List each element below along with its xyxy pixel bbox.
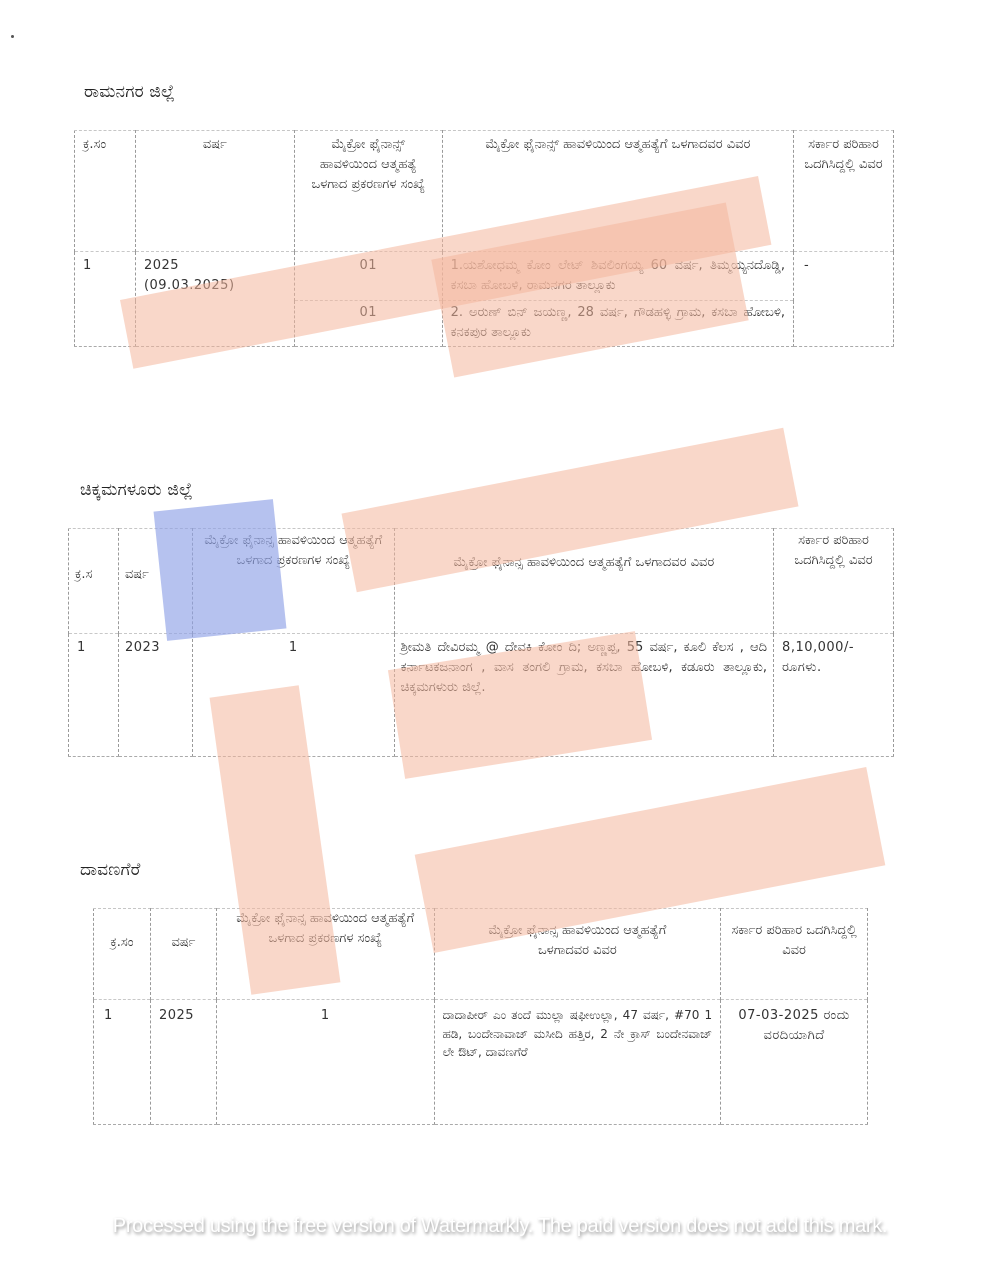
cell-sl <box>75 301 136 346</box>
col-header-count: ಮೈಕ್ರೋ ಫೈನಾನ್ಸ್ ಹಾವಳಿಯಿಂದ ಆತ್ಮಹತ್ಯೆ ಒಳಗಾ… <box>294 131 442 252</box>
table-row: 1 2025 1 ದಾದಾಪೀರ್ ಎಂ ತಂದೆ ಮುಲ್ಲಾ ಷಫೀಉಲ್ಲ… <box>94 1000 868 1125</box>
col-header-count: ಮೈಕ್ರೋ ಫೈನಾನ್ಸ ಹಾವಳಿಯಿಂದ ಆತ್ಮಹತ್ಯೆಗೆ ಒಳಗ… <box>192 529 394 634</box>
col-header-sl: ಕ್ರ.ಸ <box>69 529 119 634</box>
col-header-compensation: ಸರ್ಕಾರ ಪರಿಹಾರ ಒದಗಿಸಿದ್ದಲ್ಲಿ ವಿವರ <box>794 131 894 252</box>
table-row: 1 2023 1 ಶ್ರೀಮತಿ ದೇವಿರಮ್ಮ @ ದೇವಕಿ ಕೋಂ ದಿ… <box>69 634 894 757</box>
section-heading-ramanagara: ರಾಮನಗರ ಜಿಲ್ಲೆ <box>84 82 175 102</box>
cell-year-value: 2025 <box>144 256 286 276</box>
cell-year: 2023 <box>118 634 192 757</box>
table-header-row: ಕ್ರ.ಸಂ ವರ್ಷ ಮೈಕ್ರೋ ಫೈನಾನ್ಸ್ ಹಾವಳಿಯಿಂದ ಆತ… <box>75 131 894 252</box>
table-header-row: ಕ್ರ.ಸ ವರ್ಷ ಮೈಕ್ರೋ ಫೈನಾನ್ಸ ಹಾವಳಿಯಿಂದ ಆತ್ಮ… <box>69 529 894 634</box>
section-heading-davanagere: ದಾವಣಗೆರೆ <box>80 860 141 880</box>
cell-details: 1.ಯಶೋಧಮ್ಮ ಕೋಂ ಲೇಟ್ ಶಿವಲಿಂಗಯ್ಯ 60 ವರ್ಷ, ತ… <box>442 252 793 301</box>
cell-sl: 1 <box>69 634 119 757</box>
cell-compensation: 07-03-2025 ರಂದು ವರದಿಯಾಗಿದೆ <box>721 1000 868 1125</box>
cell-details: ಶ್ರೀಮತಿ ದೇವಿರಮ್ಮ @ ದೇವಕಿ ಕೋಂ ದಿ; ಅಣ್ಣಪ್ಪ… <box>394 634 773 757</box>
col-header-compensation: ಸರ್ಕಾರ ಪರಿಹಾರ ಒದಗಿಸಿದ್ದಲ್ಲಿ ವಿವರ <box>774 529 894 634</box>
table-header-row: ಕ್ರ.ಸಂ ವರ್ಷ ಮೈಕ್ರೋ ಫೈನಾನ್ಸ ಹಾವಳಿಯಿಂದ ಆತ್… <box>94 909 868 1000</box>
col-header-sl: ಕ್ರ.ಸಂ <box>94 909 151 1000</box>
cell-compensation <box>794 301 894 346</box>
col-header-details: ಮೈಕ್ರೋ ಫೈನಾನ್ಸ್ ಹಾವಳಿಯಿಂದ ಆತ್ಮಹತ್ಯೆಗೆ ಒಳ… <box>442 131 793 252</box>
table-chikkamagaluru: ಕ್ರ.ಸ ವರ್ಷ ಮೈಕ್ರೋ ಫೈನಾನ್ಸ ಹಾವಳಿಯಿಂದ ಆತ್ಮ… <box>68 528 894 757</box>
cell-compensation: 8,10,000/- ರೂಗಳು. <box>774 634 894 757</box>
cell-count: 01 <box>294 301 442 346</box>
cell-year-date: (09.03.2025) <box>144 276 286 296</box>
cell-details: 2. ಅರುಣ್ ಬಿನ್ ಜಯಣ್ಣ, 28 ವರ್ಷ, ಗೌಡಹಳ್ಳಿ ಗ… <box>442 301 793 346</box>
cell-sl: 1 <box>94 1000 151 1125</box>
cell-count: 01 <box>294 252 442 301</box>
table-row: 01 2. ಅರುಣ್ ಬಿನ್ ಜಯಣ್ಣ, 28 ವರ್ಷ, ಗೌಡಹಳ್ಳ… <box>75 301 894 346</box>
col-header-count: ಮೈಕ್ರೋ ಫೈನಾನ್ಸ ಹಾವಳಿಯಿಂದ ಆತ್ಮಹತ್ಯೆಗೆ ಒಳಗ… <box>216 909 434 1000</box>
watermark-text: Processed using the free version of Wate… <box>0 1215 1000 1238</box>
col-header-year: ವರ್ಷ <box>150 909 216 1000</box>
cell-count: 1 <box>216 1000 434 1125</box>
cell-count: 1 <box>192 634 394 757</box>
col-header-sl: ಕ್ರ.ಸಂ <box>75 131 136 252</box>
col-header-details: ಮೈಕ್ರೋ ಫೈನಾನ್ಸ ಹಾವಳಿಯಿಂದ ಆತ್ಮಹತ್ಯೆಗೆ ಒಳಗ… <box>394 529 773 634</box>
col-header-year: ವರ್ಷ <box>135 131 294 252</box>
table-row: 1 2025 (09.03.2025) 01 1.ಯಶೋಧಮ್ಮ ಕೋಂ ಲೇಟ… <box>75 252 894 301</box>
col-header-year: ವರ್ಷ <box>118 529 192 634</box>
scan-speck <box>11 35 14 38</box>
cell-year: 2025 <box>150 1000 216 1125</box>
table-davanagere: ಕ್ರ.ಸಂ ವರ್ಷ ಮೈಕ್ರೋ ಫೈನಾನ್ಸ ಹಾವಳಿಯಿಂದ ಆತ್… <box>93 908 868 1125</box>
col-header-compensation: ಸರ್ಕಾರ ಪರಿಹಾರ ಒದಗಿಸಿದ್ದಲ್ಲಿ ವಿವರ <box>721 909 868 1000</box>
col-header-details: ಮೈಕ್ರೋ ಫೈನಾನ್ಸ ಹಾವಳಿಯಿಂದ ಆತ್ಮಹತ್ಯೆಗೆ ಒಳಗ… <box>434 909 721 1000</box>
cell-year <box>135 301 294 346</box>
section-heading-chikkamagaluru: ಚಿಕ್ಕಮಗಳೂರು ಜಿಲ್ಲೆ <box>80 480 193 500</box>
cell-details: ದಾದಾಪೀರ್ ಎಂ ತಂದೆ ಮುಲ್ಲಾ ಷಫೀಉಲ್ಲಾ, 47 ವರ್… <box>434 1000 721 1125</box>
cell-compensation: - <box>794 252 894 301</box>
cell-year: 2025 (09.03.2025) <box>135 252 294 301</box>
table-ramanagara: ಕ್ರ.ಸಂ ವರ್ಷ ಮೈಕ್ರೋ ಫೈನಾನ್ಸ್ ಹಾವಳಿಯಿಂದ ಆತ… <box>74 130 894 347</box>
cell-sl: 1 <box>75 252 136 301</box>
